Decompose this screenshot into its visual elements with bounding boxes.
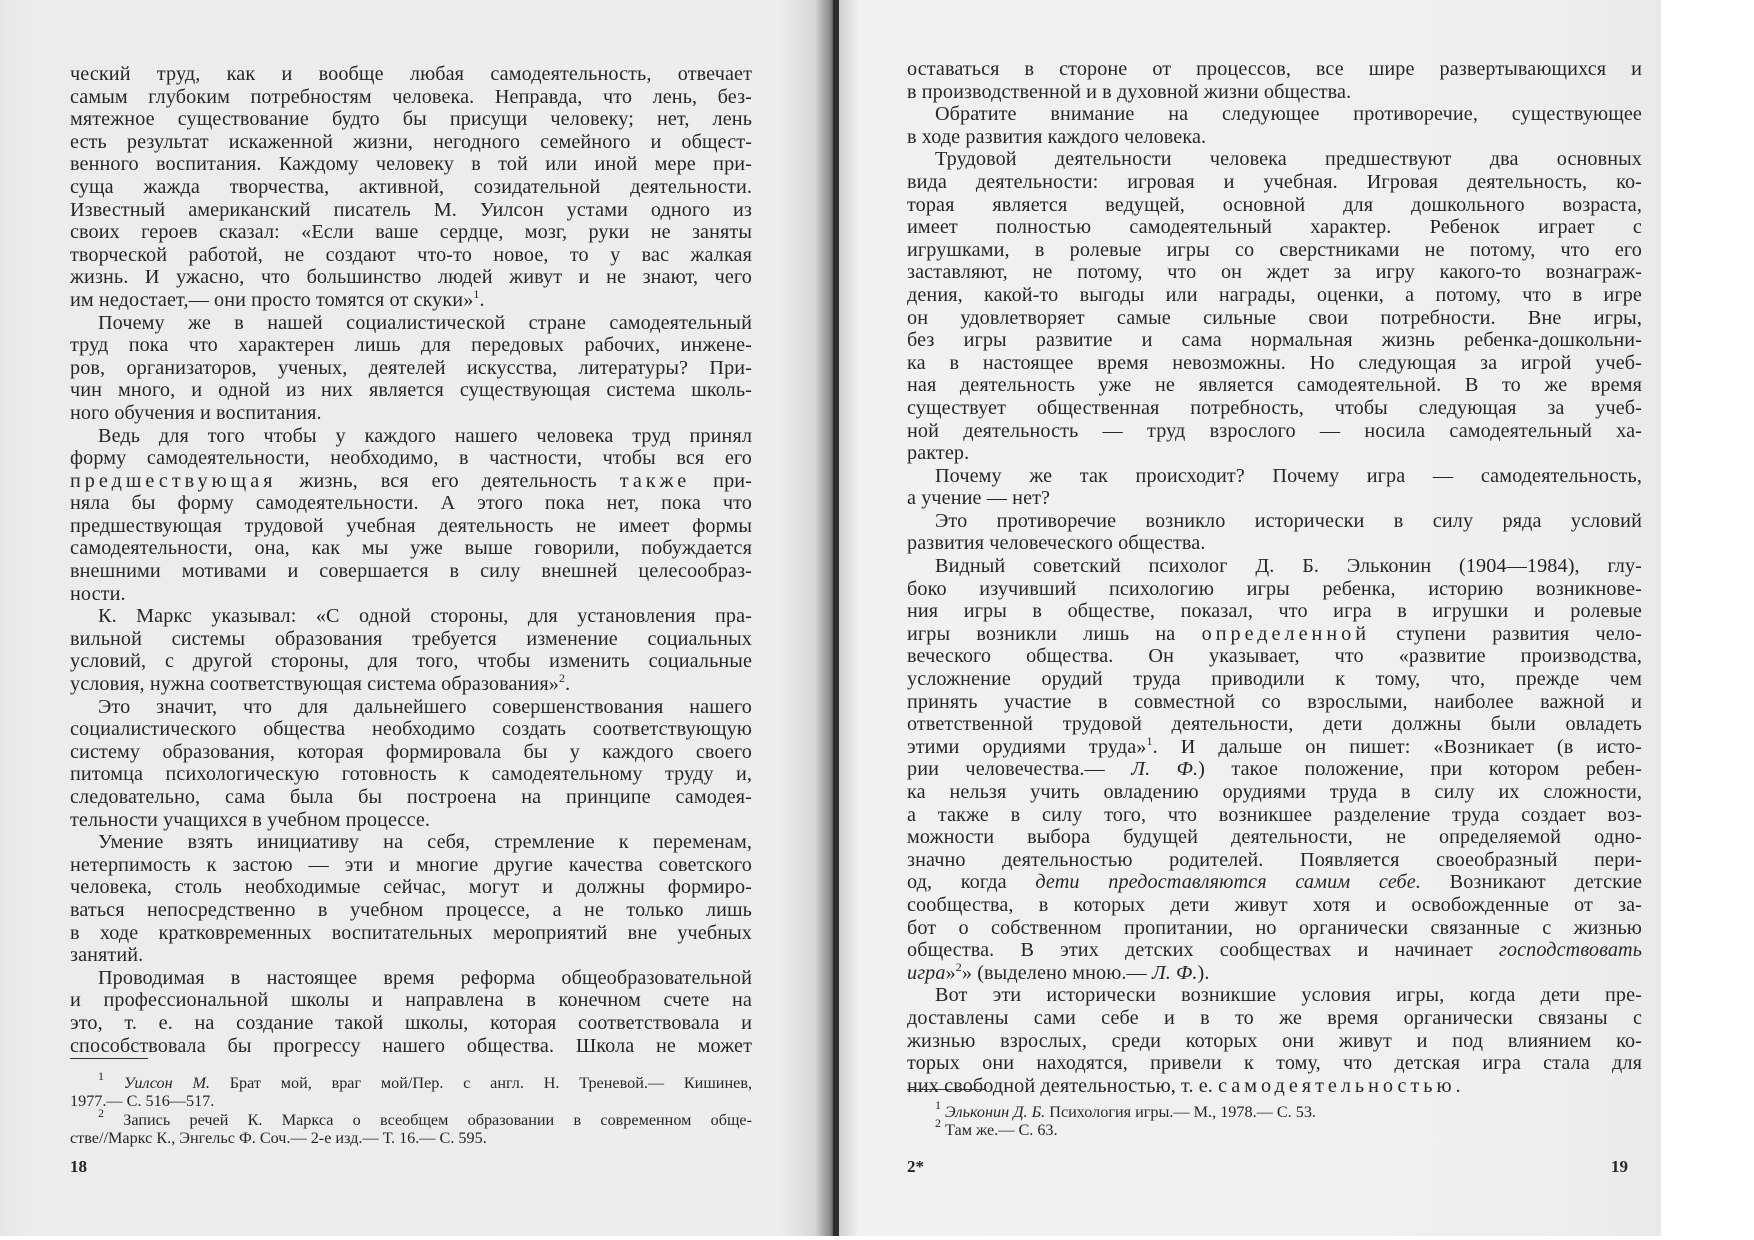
left-page-body: ческий труд, как и вообще любая самодеят… xyxy=(70,63,752,1057)
text-line: доставлены сами себе и в то же время орг… xyxy=(907,1007,1642,1030)
spaced-emphasis: определенной xyxy=(1202,623,1370,645)
footnote-2: 2 Запись речей К. Маркса о всеобщем обра… xyxy=(70,1111,752,1129)
text-line: ка нельзя учить овладению орудиями труда… xyxy=(907,781,1642,804)
paragraph-start-line: Видный советский психолог Д. Б. Эльконин… xyxy=(907,555,1642,578)
text-line: ров, организаторов, ученых, деятелей иск… xyxy=(70,357,752,380)
paragraph-start-line: К. Маркс указывал: «С одной стороны, для… xyxy=(70,605,752,628)
right-page-body: оставаться в стороне от процессов, все ш… xyxy=(907,58,1642,1097)
footnote-text: Брат мой, враг мой/Пер. с англ. Н. Трене… xyxy=(210,1074,752,1092)
text-fragment: условия, нужна соответствующая система о… xyxy=(70,673,559,695)
text-line: и профессиональной школы и направлена в … xyxy=(70,989,752,1012)
text-fragment: » xyxy=(946,962,956,984)
text-fragment: од, когда xyxy=(907,871,1035,893)
text-line: ная деятельность уже не является самодея… xyxy=(907,374,1642,397)
text-line: сообщества, в которых дети живут хотя и … xyxy=(907,894,1642,917)
italic-emphasis: господствовать xyxy=(1499,939,1642,961)
text-line: ческий труд, как и вообще любая самодеят… xyxy=(70,63,752,86)
text-line: в производственной и в духовной жизни об… xyxy=(907,81,1642,104)
text-line: значно деятельностью родителей. Появляет… xyxy=(907,849,1642,872)
text-line: а учение — нет? xyxy=(907,487,1642,510)
text-line: этими орудиями труда»1. И дальше он пише… xyxy=(907,736,1642,759)
text-line: торая является ведущей, основной для дош… xyxy=(907,194,1642,217)
text-line: мятежное существование будто бы присущи … xyxy=(70,108,752,131)
paragraph-start-line: Вот эти исторически возникшие условия иг… xyxy=(907,984,1642,1007)
text-line: в ходе кратковременных воспитательных ме… xyxy=(70,922,752,945)
text-line: венного воспитания. Каждому человеку в т… xyxy=(70,153,752,176)
text-line: следовательно, сама была бы построена на… xyxy=(70,786,752,809)
right-page-footnotes: 1 Эльконин Д. Б. Психология игры.— М., 1… xyxy=(907,1103,1642,1140)
text-fragment: общества. В этих детских сообществах и н… xyxy=(907,939,1499,961)
footnote-text: Психология игры.— М., 1978.— С. 53. xyxy=(1045,1103,1316,1121)
text-line: внешними мотивами и совершается в силу в… xyxy=(70,560,752,583)
footnote-text: Там же.— С. 63. xyxy=(941,1121,1058,1139)
text-line: труд пока что характерен лишь для передо… xyxy=(70,334,752,357)
page-number-left: 18 xyxy=(70,1157,87,1177)
text-line: заставляют, не потому, что он ждет за иг… xyxy=(907,261,1642,284)
text-line: в ходе развития каждого человека. xyxy=(907,126,1642,149)
text-line: ваться непосредственно в учебном процесс… xyxy=(70,899,752,922)
text-line: предшествующая жизнь, вся его деятельнос… xyxy=(70,470,752,493)
signature-mark: 2* xyxy=(907,1157,924,1177)
text-fragment: этими орудиями труда» xyxy=(907,736,1146,758)
text-line: своих героев сказал: «Если ваше сердце, … xyxy=(70,221,752,244)
text-line: тельности учащихся в учебном процессе. xyxy=(70,809,752,832)
paragraph-start-line: Это противоречие возникло исторически в … xyxy=(907,510,1642,533)
text-line: чин много, и одной из них является сущес… xyxy=(70,379,752,402)
text-line: социалистического общества необходимо со… xyxy=(70,718,752,741)
text-line: жизнь. И ужасно, что большинство людей ж… xyxy=(70,266,752,289)
page-number-right: 19 xyxy=(1611,1157,1628,1177)
text-line: торых они находятся, привели к тому, что… xyxy=(907,1052,1642,1075)
paragraph-start-line: Почему же в нашей социалистической стран… xyxy=(70,312,752,335)
footnote-ref-2[interactable]: 2 xyxy=(559,671,565,685)
text-line: ной деятельность — труд взрослого — носи… xyxy=(907,420,1642,443)
text-line: питомца психологическую готовность к сам… xyxy=(70,763,752,786)
text-line: рии человечества.— Л. Ф.) такое положени… xyxy=(907,758,1642,781)
text-line: систему образования, которая формировала… xyxy=(70,741,752,764)
text-line: бот о собственном пропитании, но органич… xyxy=(907,917,1642,940)
text-line: ка в настоящее время невозможны. Но след… xyxy=(907,352,1642,375)
text-line: это, т. е. на создание такой школы, кото… xyxy=(70,1012,752,1035)
text-line: дения, какой-то выгоды или награды, оцен… xyxy=(907,284,1642,307)
paragraph-start-line: Умение взять инициативу на себя, стремле… xyxy=(70,831,752,854)
footnote-text: Запись речей К. Маркса о всеобщем образо… xyxy=(104,1111,752,1129)
footnote-ref-1[interactable]: 1 xyxy=(473,287,479,301)
footnote-marker: 1 xyxy=(935,1098,941,1112)
text-line: развития человеческого общества. xyxy=(907,532,1642,555)
left-page-footnotes: 1 Уилсон М. Брат мой, враг мой/Пер. с ан… xyxy=(70,1074,752,1148)
text-line: игры возникли лишь на определенной ступе… xyxy=(907,623,1642,646)
italic-emphasis: игра xyxy=(907,962,946,984)
text-fragment: ) такое положение, при котором ребен- xyxy=(1198,758,1642,780)
text-line: них свободной деятельностью, т. е. самод… xyxy=(907,1075,1642,1098)
text-line: способствовала бы прогрессу нашего общес… xyxy=(70,1035,752,1058)
paragraph-start-line: Это значит, что для дальнейшего совершен… xyxy=(70,696,752,719)
text-fragment: . И дальше он пишет: «Возникает (в исто- xyxy=(1153,736,1642,758)
text-line: Известный американский писатель М. Уилсо… xyxy=(70,199,752,222)
text-line: условий, с другой стороны, для того, что… xyxy=(70,650,752,673)
text-fragment: при- xyxy=(690,470,752,492)
right-page: оставаться в стороне от процессов, все ш… xyxy=(839,0,1661,1236)
text-line: человека, столь необходимые сейчас, могу… xyxy=(70,876,752,899)
left-page: ческий труд, как и вообще любая самодеят… xyxy=(0,0,835,1236)
text-fragment: них свободной деятельностью, т. е. xyxy=(907,1075,1218,1097)
footnote-1-cont: 1977.— С. 516—517. xyxy=(70,1092,752,1110)
text-line: ного обучения и воспитания. xyxy=(70,402,752,425)
paragraph-start-line: Обратите внимание на следующее противоре… xyxy=(907,103,1642,126)
text-line: можности выбора будущей деятельности, не… xyxy=(907,826,1642,849)
footnote-author: Уилсон М. xyxy=(124,1074,210,1092)
text-line: нетерпимость к застою — эти и многие дру… xyxy=(70,854,752,877)
text-line: существует общественная потребность, что… xyxy=(907,397,1642,420)
text-fragment: игры возникли лишь на xyxy=(907,623,1202,645)
text-line: общества. В этих детских сообществах и н… xyxy=(907,939,1642,962)
text-line: рактер. xyxy=(907,442,1642,465)
text-line: оставаться в стороне от процессов, все ш… xyxy=(907,58,1642,81)
spaced-emphasis: предшествующая xyxy=(70,470,276,492)
text-fragment: Возникают детские xyxy=(1421,871,1642,893)
footnote-author: Эльконин Д. Б. xyxy=(945,1103,1045,1121)
footnote-1: 1 Эльконин Д. Б. Психология игры.— М., 1… xyxy=(907,1103,1642,1121)
text-line: без игры развитие и сама нормальная жизн… xyxy=(907,329,1642,352)
text-line: игра»2» (выделено мною.— Л. Ф.). xyxy=(907,962,1642,985)
text-line: вильной системы образования требуется из… xyxy=(70,628,752,651)
text-line: имеет полностью самодеятельный характер.… xyxy=(907,216,1642,239)
text-fragment: жизнь, вся его деятельность xyxy=(276,470,619,492)
text-line: вида деятельности: игровая и учебная. Иг… xyxy=(907,171,1642,194)
text-line: од, когда дети предоставляются самим себ… xyxy=(907,871,1642,894)
text-line: ности. xyxy=(70,583,752,606)
text-line: ответственной трудовой деятельности, дет… xyxy=(907,713,1642,736)
text-line: творческой работой, не создают что-то но… xyxy=(70,244,752,267)
footnote-divider xyxy=(70,1058,148,1059)
text-line: форму самодеятельности, необходимо, в ча… xyxy=(70,447,752,470)
text-line: суща жажда творчества, активной, созидат… xyxy=(70,176,752,199)
author-initials: Л. Ф. xyxy=(1152,962,1198,984)
text-line: а также в силу того, что возникшее разде… xyxy=(907,804,1642,827)
paragraph-start-line: Трудовой деятельности человека предшеств… xyxy=(907,148,1642,171)
text-line: жизнью взрослых, среди которых они живут… xyxy=(907,1030,1642,1053)
text-line: игрушками, в ролевые игры со сверстникам… xyxy=(907,239,1642,262)
text-line: им недостает,— они просто томятся от ску… xyxy=(70,289,752,312)
footnote-divider xyxy=(907,1089,985,1090)
paragraph-start-line: Почему же так происходит? Почему игра — … xyxy=(907,465,1642,488)
text-line: самым глубоким потребностям человека. Не… xyxy=(70,86,752,109)
paragraph-start-line: Проводимая в настоящее время реформа общ… xyxy=(70,967,752,990)
text-fragment: ). xyxy=(1198,962,1210,984)
paragraph-start-line: Ведь для того чтобы у каждого нашего чел… xyxy=(70,425,752,448)
author-initials: Л. Ф. xyxy=(1131,758,1198,780)
book-spread: ческий труд, как и вообще любая самодеят… xyxy=(0,0,1754,1240)
text-fragment: » (выделено мною.— xyxy=(962,962,1152,984)
footnote-2: 2 Там же.— С. 63. xyxy=(907,1121,1642,1139)
text-fragment: рии человечества.— xyxy=(907,758,1131,780)
text-line: боко изучивший психологию игры ребенка, … xyxy=(907,578,1642,601)
text-line: он удовлетворяет самые сильные свои потр… xyxy=(907,307,1642,330)
text-line: усложнение орудий труда приводили к тому… xyxy=(907,668,1642,691)
spaced-emphasis: также xyxy=(620,470,690,492)
italic-emphasis: дети предоставляются самим себе. xyxy=(1035,871,1421,893)
text-fragment: им недостает,— они просто томятся от ску… xyxy=(70,289,473,311)
text-line: веческого общества. Он указывает, что «р… xyxy=(907,645,1642,668)
text-line: самодеятельности, она, как мы уже выше г… xyxy=(70,537,752,560)
footnote-1: 1 Уилсон М. Брат мой, враг мой/Пер. с ан… xyxy=(70,1074,752,1092)
text-fragment: ступени развития чело- xyxy=(1370,623,1642,645)
text-line: принять участие в совместной со взрослым… xyxy=(907,691,1642,714)
footnote-marker: 1 xyxy=(98,1069,104,1083)
text-line: занятий. xyxy=(70,944,752,967)
spaced-emphasis: самодеятельностью. xyxy=(1218,1075,1465,1097)
text-line: предшествующая трудовой учебная деятельн… xyxy=(70,515,752,538)
text-line: условия, нужна соответствующая система о… xyxy=(70,673,752,696)
text-line: есть результат искаженной жизни, негодно… xyxy=(70,131,752,154)
text-line: няла бы форму самодеятельности. А этого … xyxy=(70,492,752,515)
footnote-2-cont: стве//Маркс К., Энгельс Ф. Соч.— 2-е изд… xyxy=(70,1129,752,1147)
text-line: ния игры в обществе, показал, что игра в… xyxy=(907,600,1642,623)
